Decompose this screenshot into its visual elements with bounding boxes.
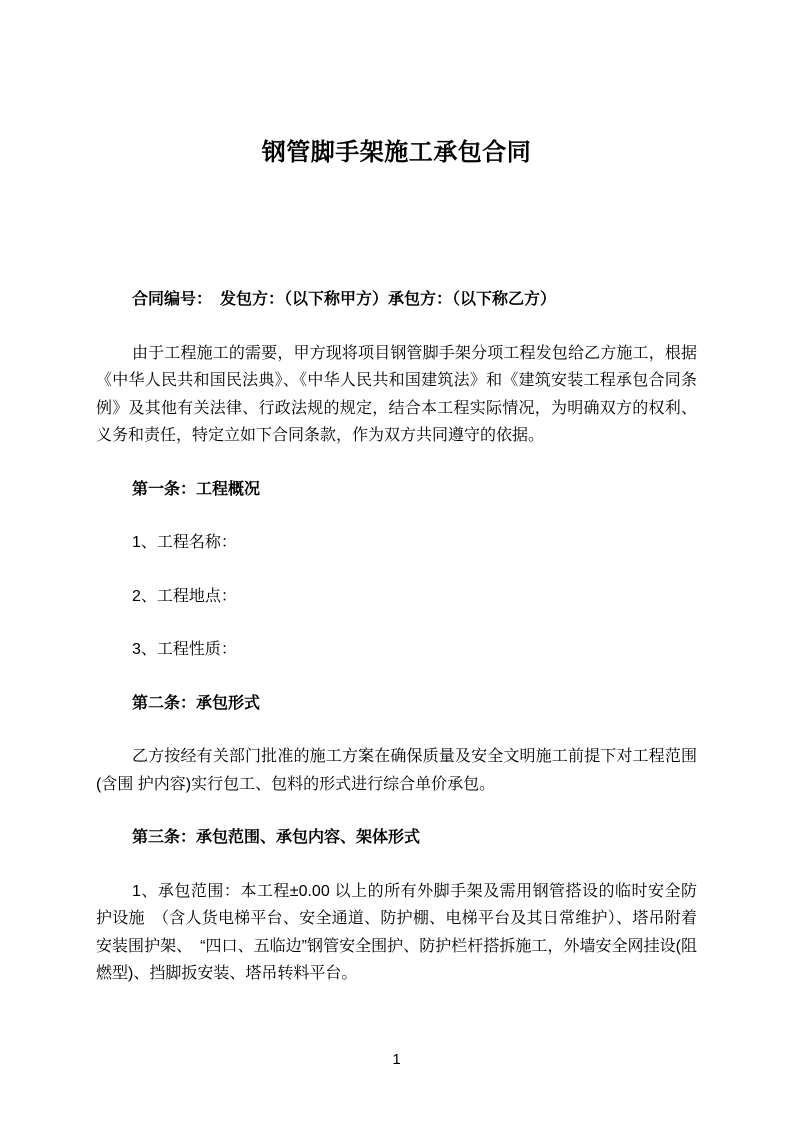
document-title: 钢管脚手架施工承包合同 (96, 138, 697, 168)
section1-heading: 第一条：工程概况 (96, 476, 697, 504)
contract-number-line: 合同编号： 发包方：（以下称甲方）承包方：（以下称乙方） (96, 286, 697, 314)
section2-paragraph: 乙方按经有关部门批准的施工方案在确保质量及安全文明施工前提下对工程范围(含围 护… (96, 743, 697, 798)
document-page: 钢管脚手架施工承包合同 合同编号： 发包方：（以下称甲方）承包方：（以下称乙方）… (0, 0, 793, 1122)
intro-paragraph: 由于工程施工的需要，甲方现将项目钢管脚手架分项工程发包给乙方施工，根据《中华人民… (96, 340, 697, 450)
page-number: 1 (0, 1050, 793, 1070)
document-content: 钢管脚手架施工承包合同 合同编号： 发包方：（以下称甲方）承包方：（以下称乙方）… (0, 0, 793, 988)
section3-heading: 第三条：承包范围、承包内容、架体形式 (96, 824, 697, 852)
section2-heading: 第二条：承包形式 (96, 690, 697, 718)
section1-item-project-location: 2、工程地点： (96, 583, 697, 611)
section1-item-project-nature: 3、工程性质： (96, 636, 697, 664)
section1-item-project-name: 1、工程名称： (96, 529, 697, 557)
section3-paragraph: 1、承包范围：本工程±0.00 以上的所有外脚手架及需用钢管搭设的临时安全防护设… (96, 878, 697, 988)
